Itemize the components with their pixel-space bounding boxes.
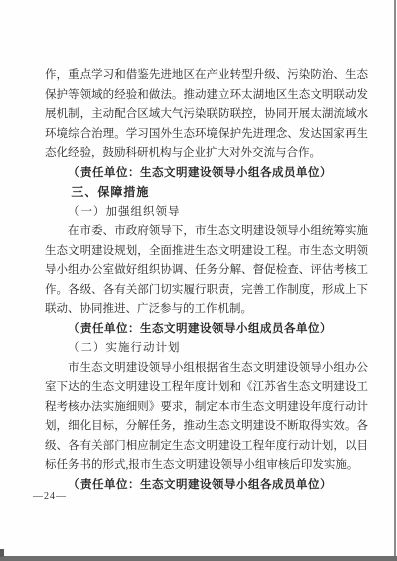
paragraph-3: 市生态文明建设领导小组根据省生态文明建设领导小组办公室下达的生态文明建设工程年度…	[45, 359, 368, 476]
scan-edge-line-right	[394, 0, 396, 561]
sub-heading-1: （一）加强组织领导	[45, 203, 368, 223]
paragraph-continued: 作，重点学习和借鉴先进地区在产业转型升级、污染防治、生态保护等领域的经验和做法。…	[45, 66, 368, 164]
section-heading: 三、保障措施	[45, 183, 368, 203]
responsibility-line-3: （责任单位：生态文明建设领导小组各成员单位）	[45, 476, 368, 496]
responsibility-line-1: （责任单位：生态文明建设领导小组各成员单位）	[45, 164, 368, 184]
document-text-column: 作，重点学习和借鉴先进地区在产业转型升级、污染防治、生态保护等领域的经验和做法。…	[45, 66, 368, 495]
responsibility-line-2: （责任单位：生态文明建设领导小组成员各单位）	[45, 320, 368, 340]
page-number: —24—	[33, 491, 67, 502]
scan-artifact-left-tick	[0, 549, 4, 557]
sub-heading-2: （二）实施行动计划	[45, 339, 368, 359]
paragraph-2: 在市委、市政府领导下，市生态文明建设领导小组统筹实施生态文明建设规划，全面推进生…	[45, 222, 368, 320]
scan-edge-line-bottom	[0, 556, 397, 561]
scanned-document-page: 作，重点学习和借鉴先进地区在产业转型升级、污染防治、生态保护等领域的经验和做法。…	[0, 0, 397, 561]
